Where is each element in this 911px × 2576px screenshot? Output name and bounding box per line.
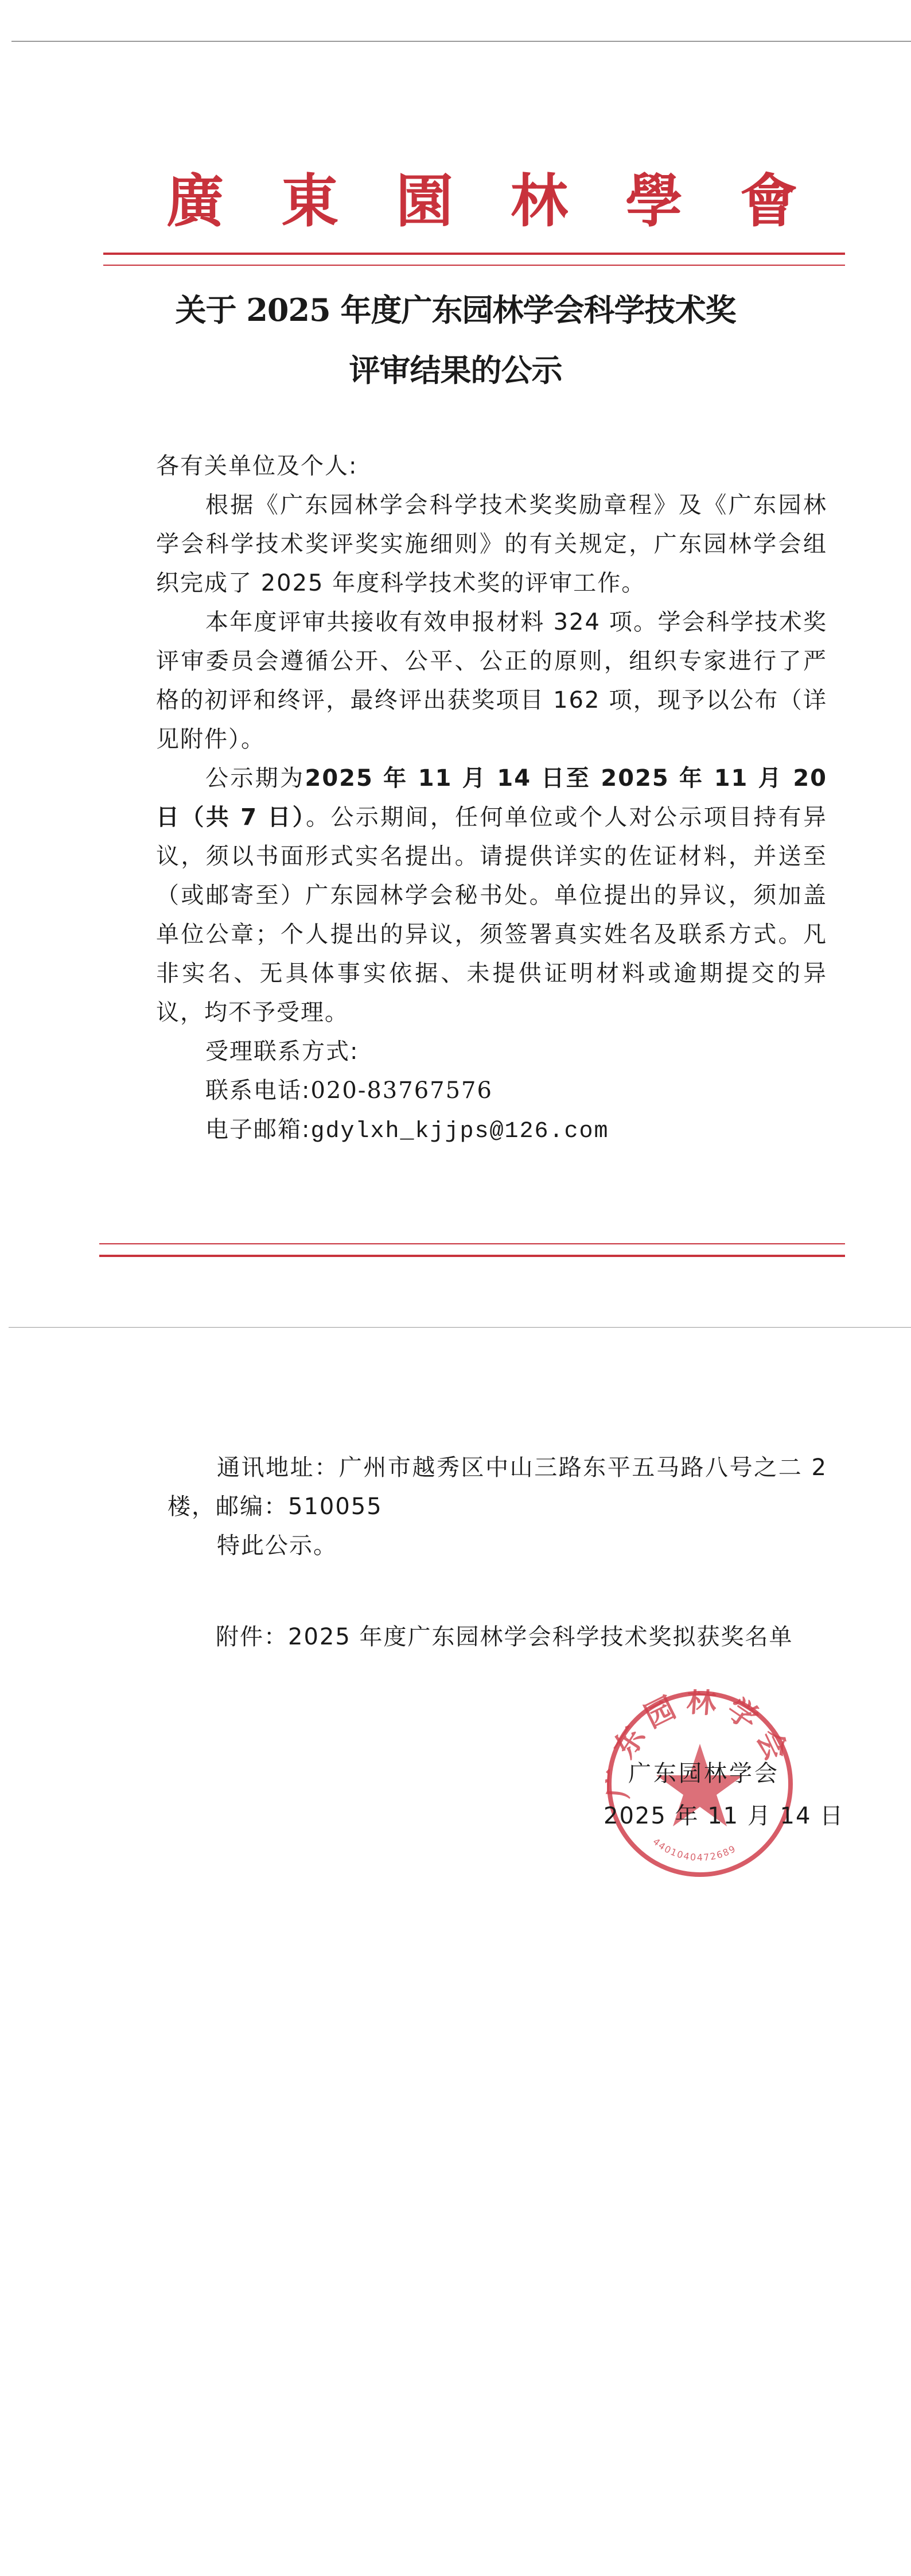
objection-rules: 。公示期间，任何单位或个人对公示项目持有异议，须以书面形式实名提出。请提供详实的… — [156, 804, 827, 1026]
page-top-edge — [11, 41, 911, 42]
contact-heading: 受理联系方式: — [156, 1032, 827, 1071]
svg-text:4401040472689: 4401040472689 — [651, 1836, 738, 1863]
paragraph-results: 本年度评审共接收有效申报材料 324 项。学会科学技术奖评审委员会遵循公开、公平… — [156, 603, 827, 759]
header-thin-rule — [103, 265, 845, 266]
email-label: 电子邮箱: — [205, 1116, 310, 1143]
attachment-note: 附件：2025 年度广东园林学会科学技术奖拟获奖名单 — [216, 1617, 847, 1656]
signature-date: 2025 年 11 月 14 日 — [604, 1798, 844, 1830]
period-prefix: 公示期为 — [205, 765, 305, 792]
letterhead: 廣 東 園 林 學 會 — [161, 166, 803, 235]
letterhead-char: 廣 — [161, 172, 229, 230]
contact-email: 电子邮箱:gdylxh_kjjps@126.com — [156, 1110, 827, 1151]
document-title-line2: 评审结果的公示 — [0, 346, 911, 390]
closing-statement: 特此公示。 — [168, 1526, 827, 1565]
mailing-address: 通讯地址：广州市越秀区中山三路东平五马路八号之二 2 楼，邮编：510055 — [168, 1448, 827, 1526]
footer-thin-rule — [99, 1243, 845, 1244]
signature-org: 广东园林学会 — [628, 1755, 780, 1788]
contact-phone: 联系电话:020-83767576 — [156, 1071, 827, 1110]
footer-thick-rule — [99, 1255, 845, 1257]
letterhead-char: 學 — [620, 172, 688, 230]
paragraph-publicity-period: 公示期为2025 年 11 月 14 日至 2025 年 11 月 20 日（共… — [156, 759, 827, 1032]
notice-body: 各有关单位及个人: 根据《广东园林学会科学技术奖奖励章程》及《广东园林学会科学技… — [156, 447, 827, 1151]
letterhead-char: 東 — [275, 172, 344, 230]
salutation: 各有关单位及个人: — [156, 447, 827, 486]
seal-number: 4401040472689 — [651, 1836, 738, 1863]
phone-number: 020-83767576 — [310, 1077, 492, 1104]
header-thick-rule — [103, 253, 845, 255]
letterhead-char: 林 — [505, 172, 574, 230]
page2-body: 通讯地址：广州市越秀区中山三路东平五马路八号之二 2 楼，邮编：510055 特… — [168, 1448, 827, 1565]
letterhead-char: 會 — [734, 172, 803, 230]
page-break-edge — [9, 1327, 911, 1328]
paragraph-basis: 根据《广东园林学会科学技术奖奖励章程》及《广东园林学会科学技术奖评奖实施细则》的… — [156, 486, 827, 603]
letterhead-char: 園 — [390, 172, 459, 230]
phone-label: 联系电话: — [205, 1077, 310, 1104]
document-title-line1: 关于 2025 年度广东园林学会科学技术奖 — [0, 286, 911, 330]
email-address[interactable]: gdylxh_kjjps@126.com — [310, 1119, 609, 1145]
